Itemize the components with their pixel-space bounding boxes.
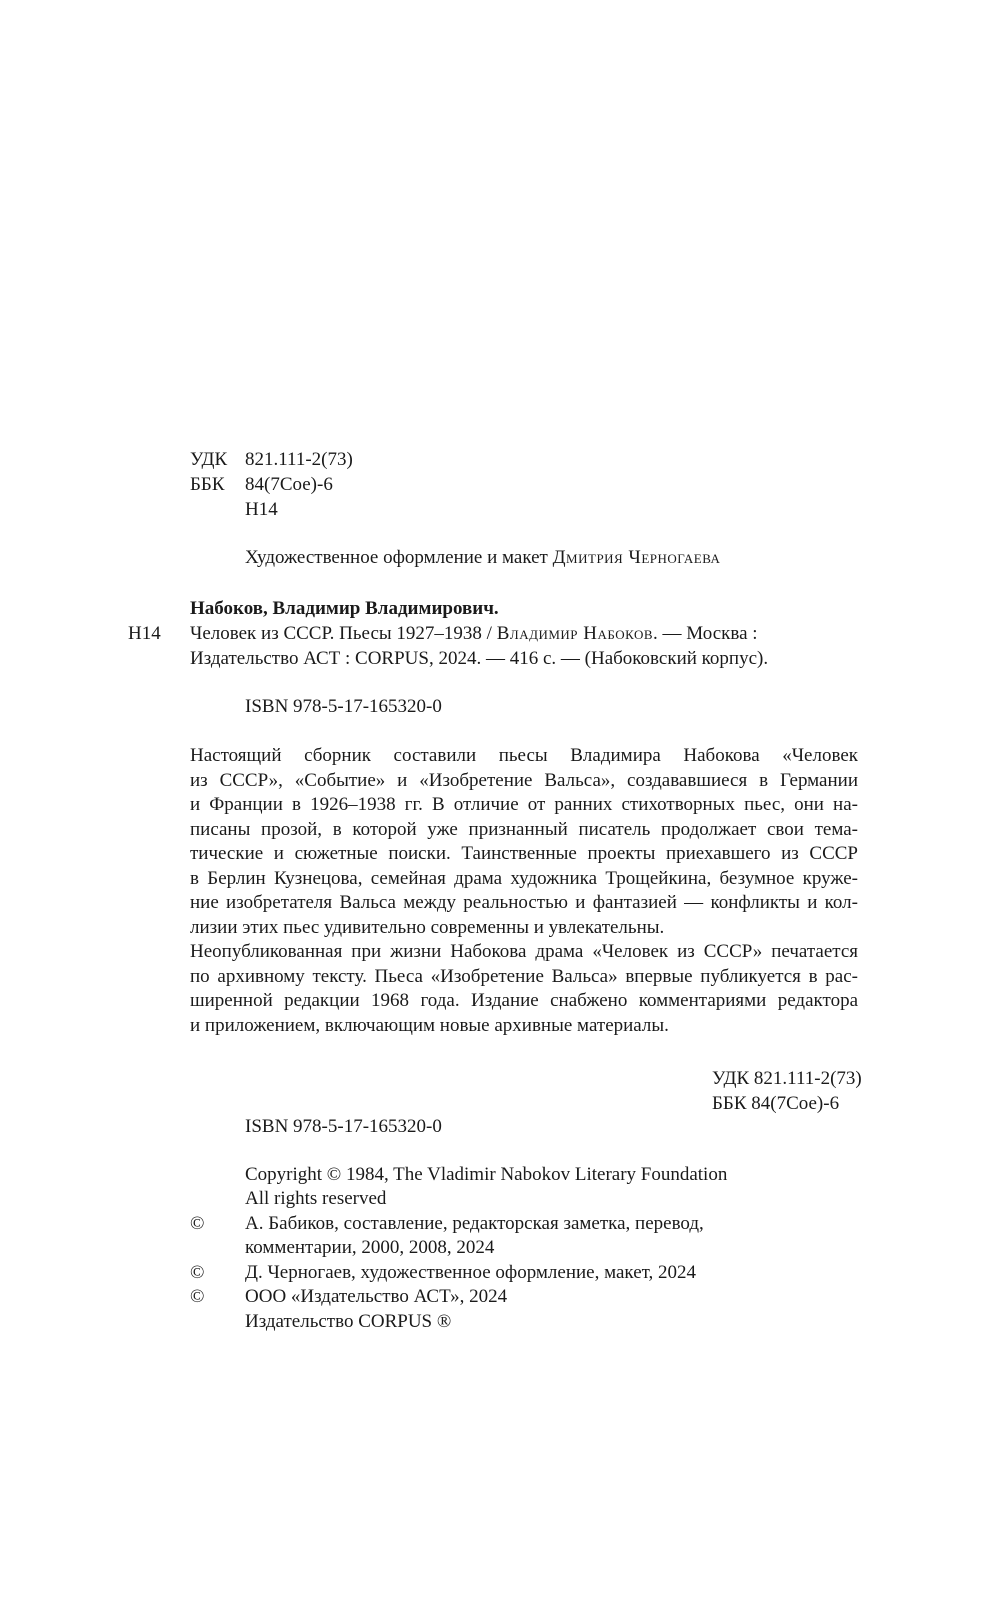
copyright-entry-text: комментарии, 2000, 2008, 2024: [245, 1236, 494, 1261]
copyright-entry-text: ООО «Издательство АСТ», 2024: [245, 1285, 507, 1310]
title-author: Владимир Набоков: [497, 623, 653, 644]
annotation-line: по архивному тексту. Пьеса «Изобретение …: [190, 965, 858, 990]
record-author-sign: Н14: [128, 622, 161, 647]
annotation-line: тические и сюжетные поиски. Таинственные…: [190, 842, 858, 867]
copyright-entry-text: Д. Черногаев, художественное оформление,…: [245, 1261, 696, 1286]
annotation-line: Неопубликованная при жизни Набокова драм…: [190, 940, 858, 965]
title-line: Человек из СССР. Пьесы 1927–1938 / Влади…: [190, 622, 758, 647]
annotation-line: ширенной редакции 1968 года. Издание сна…: [190, 989, 858, 1014]
designer-name: Дмитрия Черногаева: [553, 547, 721, 568]
copyright-entry-text: А. Бабиков, составление, редакторская за…: [245, 1212, 704, 1237]
udk-label: УДК: [190, 448, 227, 473]
bbk-bottom: ББК 84(7Сое)-6: [712, 1092, 839, 1117]
isbn-bottom: ISBN 978-5-17-165320-0: [245, 1115, 442, 1140]
design-credit-text: Художественное оформление и макет: [245, 547, 553, 568]
isbn-top: ISBN 978-5-17-165320-0: [245, 695, 442, 720]
title-part: Человек из СССР. Пьесы 1927–1938 /: [190, 623, 497, 644]
copyright-icon: ©: [190, 1261, 204, 1286]
annotation-line: из СССР», «Событие» и «Изобретение Вальс…: [190, 769, 858, 794]
bbk-label: ББК: [190, 473, 225, 498]
annotation-line: и Франции в 1926–1938 гг. В отличие от р…: [190, 793, 858, 818]
annotation-line: Настоящий сборник составили пьесы Владим…: [190, 744, 858, 769]
bbk-value: 84(7Сое)-6: [245, 473, 333, 498]
author-sign: Н14: [245, 498, 278, 523]
annotation-line: писаны прозой, в которой уже признанный …: [190, 818, 858, 843]
annotation-line: ние изобретателя Вальса между реальность…: [190, 891, 858, 916]
annotation-line: в Берлин Кузнецова, семейная драма худож…: [190, 867, 858, 892]
title-place: . — Москва :: [653, 623, 758, 644]
publisher-line: Издательство АСТ : CORPUS, 2024. — 416 с…: [190, 647, 768, 672]
udk-value: 821.111-2(73): [245, 448, 353, 473]
copyright-icon: ©: [190, 1212, 204, 1237]
author-heading: Набоков, Владимир Владимирович.: [190, 597, 499, 622]
copyright-icon: ©: [190, 1285, 204, 1310]
annotation-line: и приложением, включающим новые архивные…: [190, 1014, 858, 1039]
imprint-line: Издательство CORPUS ®: [245, 1310, 451, 1335]
copyright-line: Copyright © 1984, The Vladimir Nabokov L…: [245, 1163, 727, 1188]
annotation-line: лизии этих пьес удивительно современны и…: [190, 916, 858, 941]
design-credit: Художественное оформление и макет Дмитри…: [245, 546, 720, 571]
annotation-paragraph: Настоящий сборник составили пьесы Владим…: [190, 744, 858, 1038]
rights-reserved: All rights reserved: [245, 1187, 386, 1212]
udk-bottom: УДК 821.111-2(73): [712, 1067, 862, 1092]
